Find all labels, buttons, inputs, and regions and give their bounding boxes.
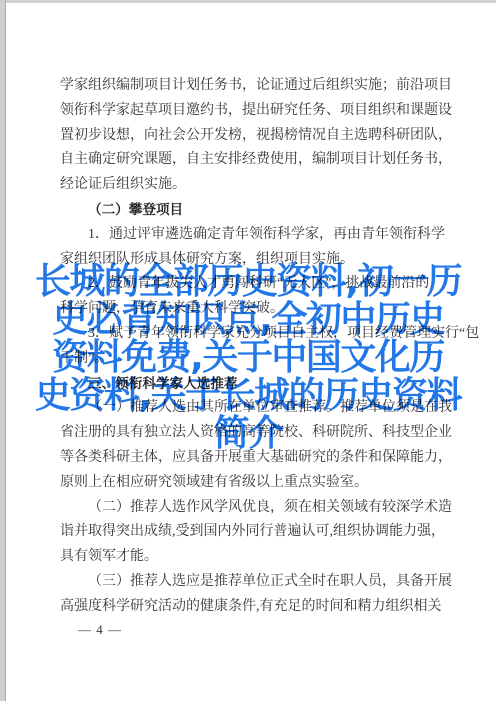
document-text-line: （二）攀登项目: [60, 198, 456, 223]
document-text-line: 1．通过评审遴选确定青年领衔科学家，再由青年领衔科学: [60, 223, 456, 248]
document-text-line: 诣并取得突出成绩,受到国内外同行普遍认可,组织协调能力强，: [60, 520, 456, 545]
document-body-text: 学家组织编制项目计划任务书，论证通过后组织实施；前沿项目领衔科学家起草项目邀约书…: [60, 74, 456, 620]
document-text-line: 领衔科学家起草项目邀约书，提出研究任务、项目组织和课题设: [60, 99, 456, 124]
document-text-line: 三、领衔科学家人选推荐: [60, 372, 456, 397]
document-text-line: 等各类科研主体，应具备开展重大基础研究的条件和保障能力，: [60, 446, 456, 471]
document-text-line: 2．鼓励青年拔尖人才勇闯科研“无人区”，挑战最前沿的: [60, 272, 456, 297]
document-text-line: 具有领军才能。: [60, 545, 456, 570]
scan-edge-top: [0, 0, 496, 3]
document-text-line: （三）推荐人选应是推荐单位正式全时在职人员，具备开展: [60, 570, 456, 595]
document-text-line: 省注册的具有独立法人资格的高等院校、科研院所、科技型企业: [60, 421, 456, 446]
document-text-line: 科学问题，孕育未来重大科学突破。: [60, 297, 456, 322]
document-text-line: 家组织团队形成具体研究方案，组织项目实施。: [60, 248, 456, 273]
document-text-line: 原则上在相应研究领域建有省级以上重点实验室。: [60, 471, 456, 496]
document-text-line: 置初步设想，向社会公开发榜，视揭榜情况自主选聘科研团队，: [60, 124, 456, 149]
document-text-line: 干制”。: [60, 347, 456, 372]
document-text-line: 学家组织编制项目计划任务书，论证通过后组织实施；前沿项目: [60, 74, 456, 99]
document-text-line: （二）推荐人选作风学风优良，须在相关领域有较深学术造: [60, 496, 456, 521]
document-text-line: 自主确定研究课题，自主安排经费使用，编制项目计划任务书，: [60, 148, 456, 173]
document-text-line: 高强度科学研究活动的健康条件,有充足的时间和精力组织相关: [60, 595, 456, 620]
scan-edge-left: [0, 0, 6, 701]
document-text-line: 经论证后组织实施。: [60, 173, 456, 198]
page-number: — 4 —: [78, 622, 122, 638]
document-text-line: 3．赋予青年领衔科学家充分项目自主权，项目经费管理实行“包: [60, 322, 456, 347]
document-text-line: （一）推荐人选由其所在单位审查推荐。推荐单位须是在我: [60, 396, 456, 421]
